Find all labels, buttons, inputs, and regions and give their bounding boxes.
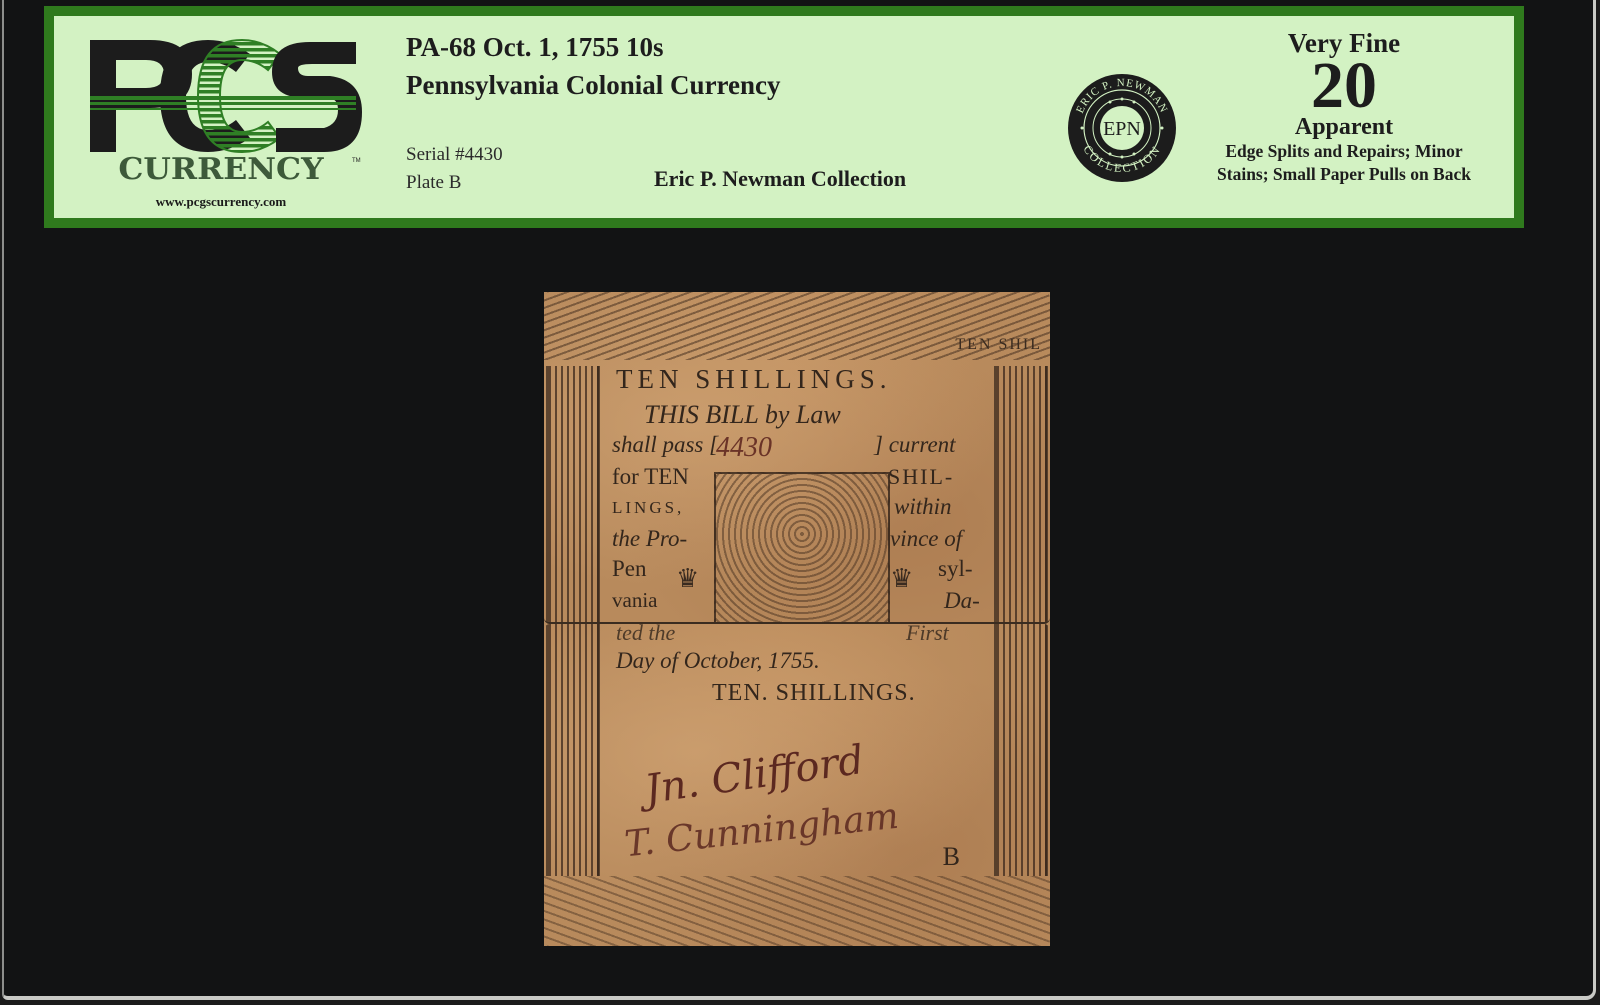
catalog-title: PA-68 Oct. 1, 1755 10s <box>406 32 663 63</box>
grading-label: CURRENCY TM www.pcgscurrency.com PA-68 O… <box>44 6 1524 228</box>
label-panel: CURRENCY TM www.pcgscurrency.com PA-68 O… <box>54 16 1514 218</box>
note-line: ted the <box>616 624 675 646</box>
note-line: First <box>906 624 949 646</box>
crown-icon-left: ♛ <box>676 564 699 594</box>
serial-number: Serial #4430 <box>406 144 503 166</box>
note-line: SHIL- <box>888 464 954 490</box>
website-url: www.pcgscurrency.com <box>76 194 366 210</box>
banknote-bottom-half: ted the First Day of October, 1755. TEN.… <box>544 624 1050 946</box>
central-vignette <box>714 472 890 624</box>
denomination-line: TEN. SHILLINGS. <box>712 680 916 707</box>
svg-text:EPN: EPN <box>1103 118 1141 140</box>
banknote-top-half: TEN SHIL TEN SHILLINGS. THIS BILL by Law… <box>544 292 1050 624</box>
pcgs-currency-logo: CURRENCY TM www.pcgscurrency.com <box>76 34 366 214</box>
grade-number: 20 <box>1184 58 1504 114</box>
note-line: syl- <box>938 556 973 582</box>
right-pillar <box>994 624 1048 876</box>
note-line: Pen <box>612 556 647 582</box>
note-line: shall pass [ <box>612 432 718 458</box>
pedigree-collection: Eric P. Newman Collection <box>654 166 906 192</box>
grade-comment-line1: Edge Splits and Repairs; Minor <box>1184 140 1504 163</box>
date-line: Day of October, 1755. <box>616 648 820 674</box>
top-band-text: TEN SHIL <box>955 336 1042 354</box>
note-heading: TEN SHILLINGS. <box>616 364 891 395</box>
grade-block: Very Fine 20 Apparent Edge Splits and Re… <box>1184 28 1504 186</box>
pcgs-logo-icon <box>80 36 362 156</box>
note-line: for TEN <box>612 464 689 490</box>
note-line: vince of <box>890 526 962 552</box>
plate-letter: Plate B <box>406 172 461 194</box>
trademark-symbol: TM <box>352 158 361 164</box>
handwritten-serial: 4430 <box>716 432 772 464</box>
crown-icon-right: ♛ <box>890 564 913 594</box>
note-line: ] current <box>874 432 956 458</box>
note-line: THIS BILL by Law <box>644 400 841 430</box>
note-line: Da- <box>944 588 980 614</box>
currency-wordmark: CURRENCY <box>69 152 374 187</box>
currency-description: Pennsylvania Colonial Currency <box>406 70 781 101</box>
banknote: TEN SHIL TEN SHILLINGS. THIS BILL by Law… <box>544 292 1050 946</box>
left-pillar <box>546 624 600 876</box>
note-line: within <box>894 494 952 520</box>
grade-qualifier: Apparent <box>1184 114 1504 140</box>
left-pillar <box>546 366 600 622</box>
ornamental-band-bottom <box>544 876 1050 946</box>
epn-collection-seal-icon: ERIC P. NEWMAN COLLECTION EPN <box>1066 72 1178 184</box>
right-pillar <box>994 366 1048 622</box>
note-line: LINGS, <box>612 498 684 518</box>
note-line: vania <box>612 588 657 613</box>
note-plate-letter: B <box>943 842 960 872</box>
note-line: the Pro- <box>612 526 687 552</box>
grade-comment-line2: Stains; Small Paper Pulls on Back <box>1184 163 1504 186</box>
currency-holder: CURRENCY TM www.pcgscurrency.com PA-68 O… <box>2 0 1596 1000</box>
